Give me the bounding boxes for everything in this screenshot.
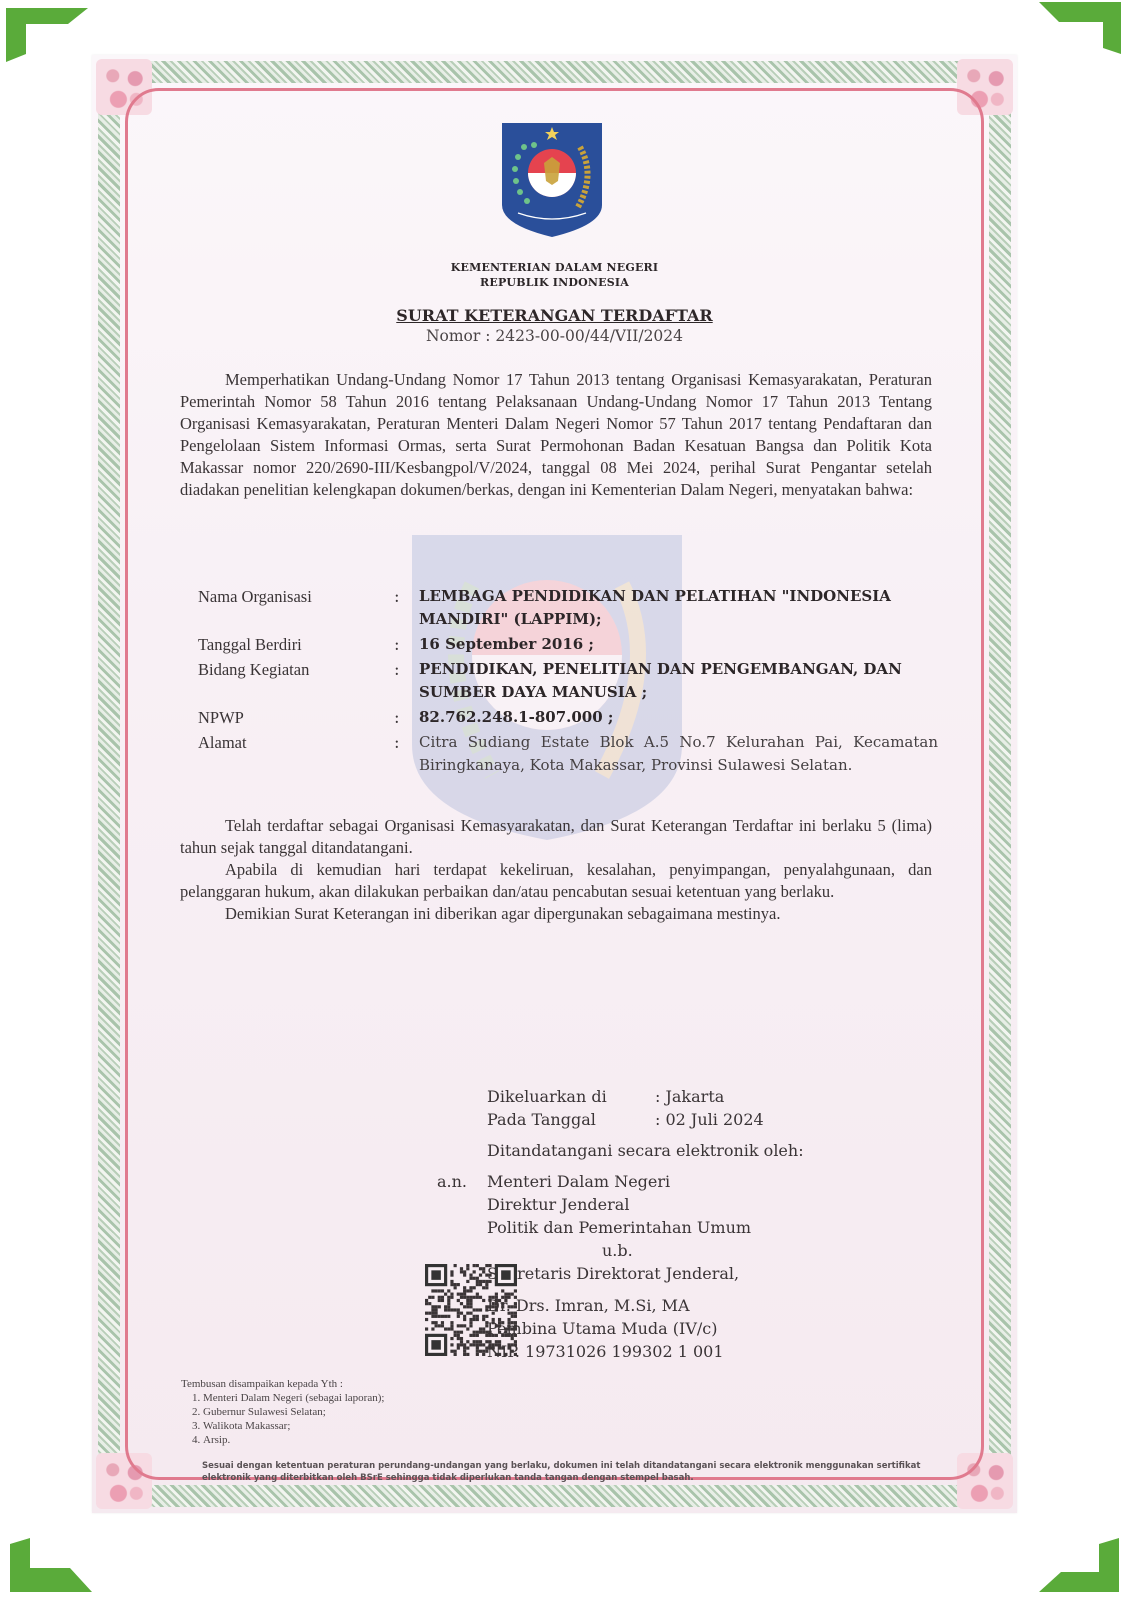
- field-row-organization-name: Nama Organisasi : LEMBAGA PENDIDIKAN DAN…: [198, 585, 938, 631]
- issued-date-label: Pada Tanggal: [487, 1108, 655, 1131]
- corner-bracket-bottom-left: [6, 1536, 92, 1596]
- e-sign-note: Ditandatangani secara elektronik oleh:: [487, 1139, 804, 1162]
- kemendagri-logo-icon: [500, 121, 604, 239]
- corner-bracket-top-right: [1037, 0, 1123, 60]
- e-signature-disclaimer: Sesuai dengan ketentuan peraturan perund…: [202, 1460, 927, 1484]
- field-value: 82.762.248.1-807.000 ;: [419, 706, 938, 729]
- signature-block: Dikeluarkan di : Jakarta Pada Tanggal : …: [487, 1085, 804, 1363]
- field-label: Nama Organisasi: [198, 585, 394, 631]
- country-name: REPUBLIK INDONESIA: [92, 275, 1017, 290]
- ub-marker: u.b.: [487, 1239, 804, 1262]
- issued-place-value: : Jakarta: [655, 1085, 724, 1108]
- signatory-line-directorate: Politik dan Pemerintahan Umum: [487, 1216, 804, 1239]
- field-colon: :: [394, 585, 419, 631]
- organization-details: Nama Organisasi : LEMBAGA PENDIDIKAN DAN…: [198, 585, 938, 779]
- an-prefix: a.n.: [437, 1170, 467, 1193]
- copies-item: Arsip.: [203, 1433, 384, 1447]
- corner-bracket-bottom-right: [1037, 1536, 1123, 1596]
- correction-paragraph: Apabila di kemudian hari terdapat kekeli…: [180, 859, 932, 903]
- field-row-activity-field: Bidang Kegiatan : PENDIDIKAN, PENELITIAN…: [198, 658, 938, 704]
- copies-item: Menteri Dalam Negeri (sebagai laporan);: [203, 1391, 384, 1405]
- signatory-line-minister: a.n. Menteri Dalam Negeri: [487, 1170, 804, 1193]
- issued-date-row: Pada Tanggal : 02 Juli 2024: [487, 1108, 804, 1131]
- field-value: 16 September 2016 ;: [419, 633, 938, 656]
- copies-item: Gubernur Sulawesi Selatan;: [203, 1405, 384, 1419]
- copies-heading: Tembusan disampaikan kepada Yth :: [181, 1377, 384, 1391]
- field-colon: :: [394, 731, 419, 777]
- field-row-founded-date: Tanggal Berdiri : 16 September 2016 ;: [198, 633, 938, 656]
- closing-paragraphs: Telah terdaftar sebagai Organisasi Kemas…: [180, 815, 932, 925]
- field-label: Tanggal Berdiri: [198, 633, 394, 656]
- field-value: PENDIDIKAN, PENELITIAN DAN PENGEMBANGAN,…: [419, 658, 938, 704]
- document-title: SURAT KETERANGAN TERDAFTAR: [92, 306, 1017, 325]
- field-row-npwp: NPWP : 82.762.248.1-807.000 ;: [198, 706, 938, 729]
- field-colon: :: [394, 633, 419, 656]
- field-colon: :: [394, 706, 419, 729]
- issued-date-value: : 02 Juli 2024: [655, 1108, 764, 1131]
- issued-place-row: Dikeluarkan di : Jakarta: [487, 1085, 804, 1108]
- signatory-nip: NIP. 19731026 199302 1 001: [487, 1340, 804, 1363]
- intro-text: Memperhatikan Undang-Undang Nomor 17 Tah…: [180, 370, 932, 499]
- issued-place-label: Dikeluarkan di: [487, 1085, 655, 1108]
- qr-code-icon[interactable]: [425, 1264, 517, 1356]
- field-row-address: Alamat : Citra Sudiang Estate Blok A.5 N…: [198, 731, 938, 777]
- field-label: Alamat: [198, 731, 394, 777]
- ministry-name: KEMENTERIAN DALAM NEGERI: [92, 260, 1017, 275]
- intro-paragraph: Memperhatikan Undang-Undang Nomor 17 Tah…: [180, 369, 932, 501]
- field-value: Citra Sudiang Estate Blok A.5 No.7 Kelur…: [419, 731, 938, 777]
- copies-list: Menteri Dalam Negeri (sebagai laporan); …: [181, 1391, 384, 1447]
- field-value: LEMBAGA PENDIDIKAN DAN PELATIHAN "INDONE…: [419, 585, 938, 631]
- corner-bracket-top-left: [4, 4, 90, 64]
- field-label: NPWP: [198, 706, 394, 729]
- closing-paragraph: Demikian Surat Keterangan ini diberikan …: [180, 903, 932, 925]
- certificate-paper: KEMENTERIAN DALAM NEGERI REPUBLIK INDONE…: [92, 55, 1017, 1513]
- signatory-position: Sekretaris Direktorat Jenderal,: [487, 1262, 804, 1285]
- signatory-rank: Pembina Utama Muda (IV/c): [487, 1317, 804, 1340]
- document-number: Nomor : 2423-00-00/44/VII/2024: [92, 327, 1017, 345]
- field-label: Bidang Kegiatan: [198, 658, 394, 704]
- copies-section: Tembusan disampaikan kepada Yth : Menter…: [181, 1377, 384, 1447]
- signatory-name: Dr. Drs. Imran, M.Si, MA: [487, 1294, 804, 1317]
- field-colon: :: [394, 658, 419, 704]
- ministry-heading: KEMENTERIAN DALAM NEGERI REPUBLIK INDONE…: [92, 260, 1017, 290]
- signatory-line-director-general: Direktur Jenderal: [487, 1193, 804, 1216]
- validity-paragraph: Telah terdaftar sebagai Organisasi Kemas…: [180, 815, 932, 859]
- copies-item: Walikota Makassar;: [203, 1419, 384, 1433]
